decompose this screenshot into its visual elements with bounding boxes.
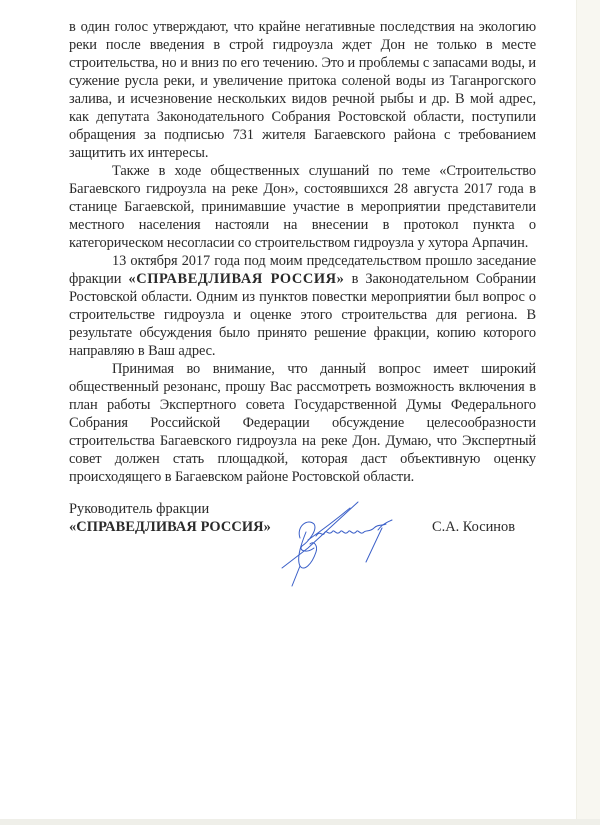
scan-edge-bottom [0, 819, 600, 825]
document-page: в один голос утверждают, что крайне нега… [0, 0, 576, 819]
paragraph-1: в один голос утверждают, что крайне нега… [69, 18, 536, 162]
handwritten-signature-icon [278, 488, 428, 588]
letter-body: в один голос утверждают, что крайне нега… [69, 18, 536, 486]
signer-name: С.А. Косинов [432, 518, 515, 536]
signer-position: Руководитель фракции [69, 500, 271, 518]
paragraph-4: Принимая во внимание, что данный вопрос … [69, 360, 536, 486]
scan-edge-right [576, 0, 600, 825]
signer-party: «СПРАВЕДЛИВАЯ РОССИЯ» [69, 518, 271, 536]
signature-block: Руководитель фракции «СПРАВЕДЛИВАЯ РОССИ… [69, 500, 271, 536]
paragraph-3: 13 октября 2017 года под моим председате… [69, 252, 536, 360]
paragraph-2: Также в ходе общественных слушаний по те… [69, 162, 536, 252]
party-name-bold: «СПРАВЕДЛИВАЯ РОССИЯ» [128, 271, 344, 287]
